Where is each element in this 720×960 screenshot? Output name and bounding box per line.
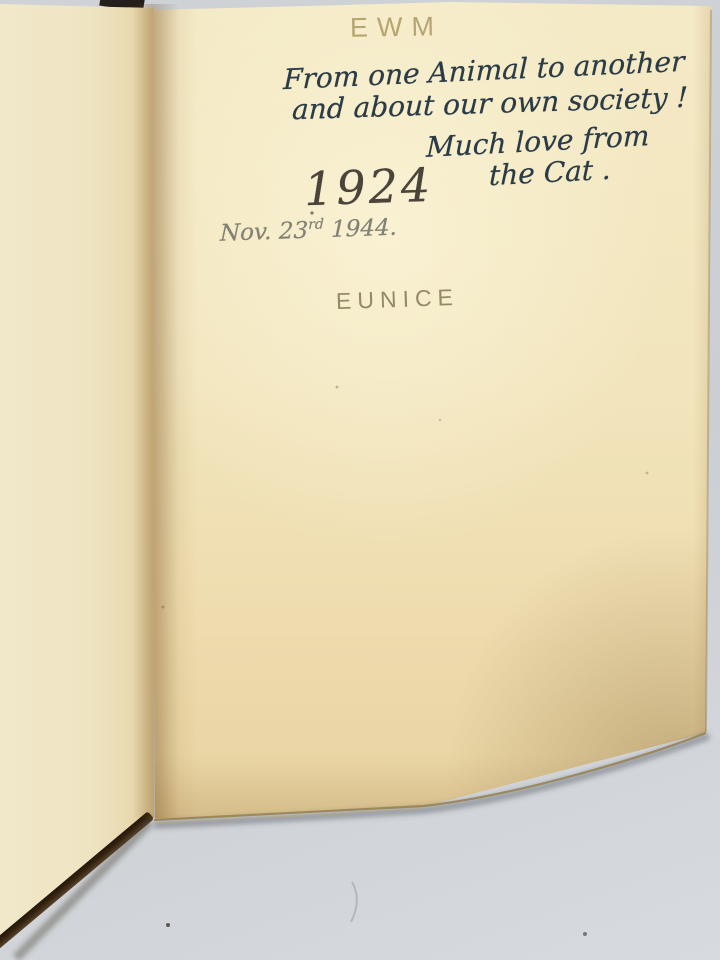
surface-speck (583, 932, 587, 936)
surface-scratch (351, 882, 357, 922)
date-suffix: 1944. (324, 215, 398, 244)
inscription-year: 1924 (303, 158, 434, 216)
page-gutter-shadow (133, 4, 179, 818)
date-superscript: rd (308, 216, 324, 233)
photo-scene: EWM From one Animal to another and about… (0, 0, 720, 960)
date-prefix: Nov. 23 (220, 218, 309, 247)
inscription-closing-line2: the Cat . (489, 153, 611, 192)
left-page (0, 0, 154, 960)
inscription-name: EUNICE (336, 284, 460, 315)
inscription-initials: EWM (350, 11, 444, 44)
surface-speck (166, 923, 170, 927)
